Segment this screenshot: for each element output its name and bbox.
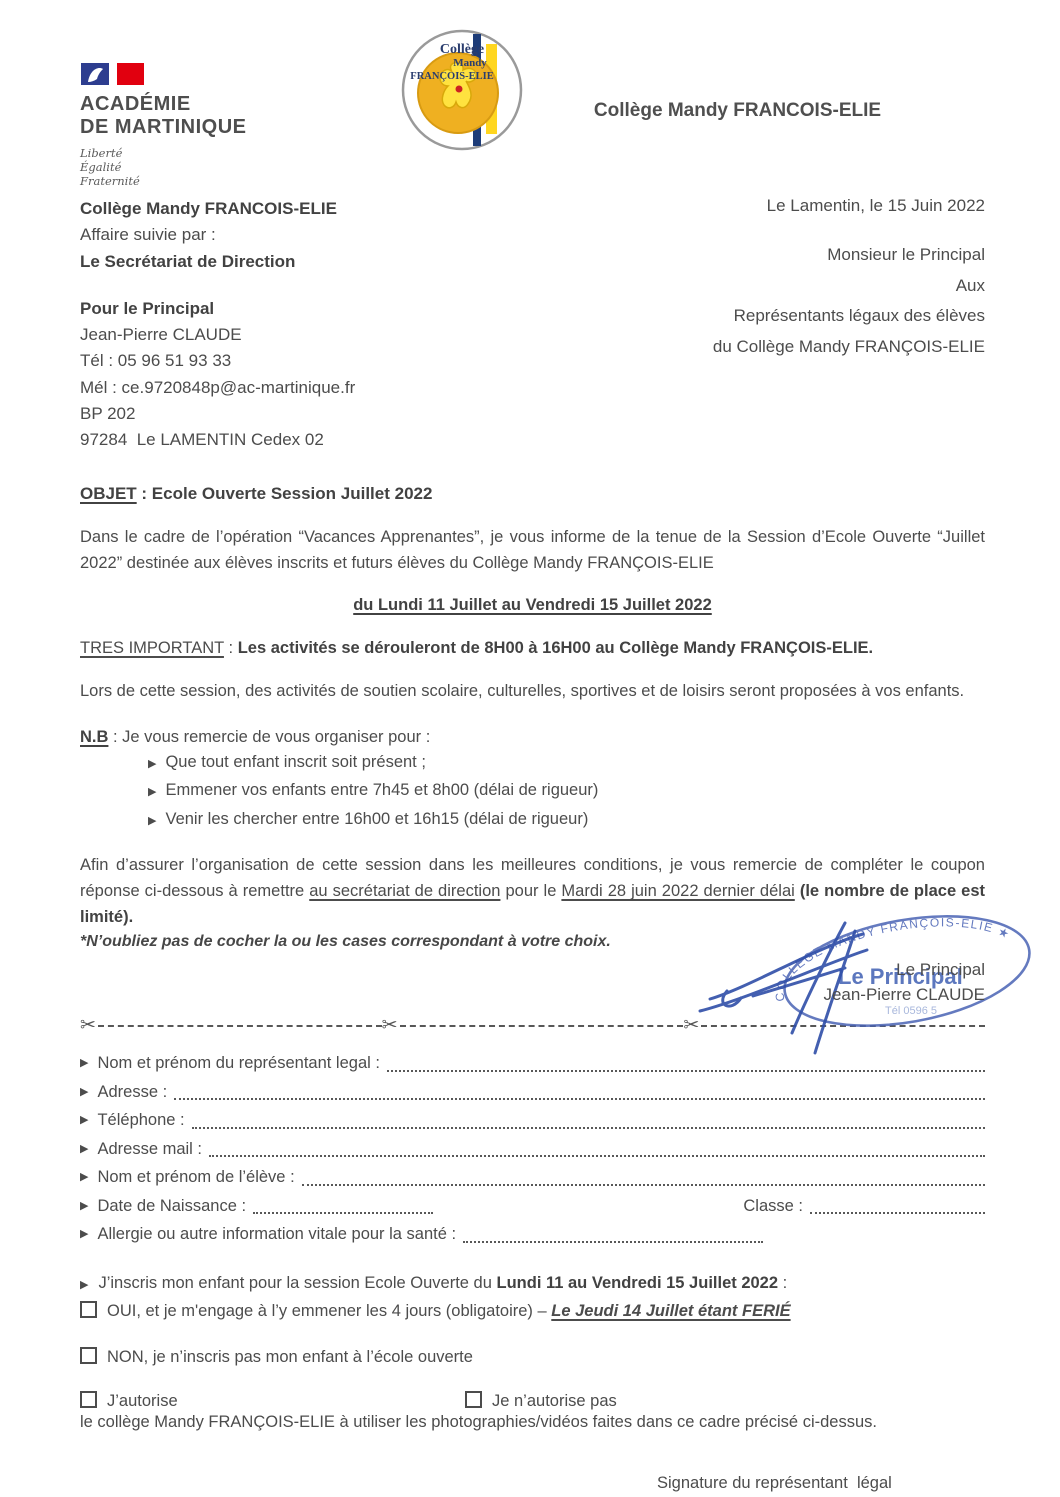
reply-coupon-form: ▶Nom et prénom du représentant legal : ▶… [80,1047,985,1493]
form-row-student-name: ▶Nom et prénom de l’élève : [80,1161,985,1190]
bullet-arrow-icon: ▶ [80,1051,88,1076]
representative-signature-caption: Signature du représentant légal [80,1474,985,1493]
important-label: TRES IMPORTANT [80,639,224,657]
form-field-label: Adresse mail : [97,1137,202,1162]
dashed-cut-line [400,1025,684,1027]
date-place-line: Le Lamentin, le 15 Juin 2022 [550,196,985,216]
not-authorize-option: Je n’autorise pas [465,1392,617,1410]
sender-email: Mél : ce.9720848p@ac-martinique.fr [80,375,550,401]
sender-principal-name: Jean-Pierre CLAUDE [80,322,550,348]
scanned-letter-page: ACADÉMIE DE MARTINIQUE Liberté Égalité F… [0,0,1060,1497]
scissors-icon: ✂ [80,1017,96,1035]
nb-line: N.B : Je vous remercie de vous organiser… [80,728,985,747]
list-item: ▶Que tout enfant inscrit soit présent ; [148,749,985,778]
phone-fill-line[interactable] [192,1127,985,1129]
no-checkbox[interactable] [80,1347,97,1364]
sender-block: Collège Mandy FRANCOIS-ELIE Affaire suiv… [80,196,550,454]
subject-line: OBJET : Ecole Ouverte Session Juillet 20… [80,484,985,504]
recipient-line-3: Représentants légaux des élèves [550,301,985,332]
bullet-arrow-icon: ▶ [148,808,156,835]
form-row-address: ▶Adresse : [80,1076,985,1105]
yes-checkbox[interactable] [80,1301,97,1318]
sender-phone: Tél : 05 96 51 93 33 [80,348,550,374]
form-row-email: ▶Adresse mail : [80,1133,985,1162]
bullet-arrow-icon: ▶ [148,751,156,778]
bullet-text-1: Que tout enfant inscrit soit présent ; [165,749,425,776]
enroll-intro-line: ▶J’inscris mon enfant pour la session Ec… [80,1271,985,1298]
signature-area: COLLEGE MANDY FRANÇOIS-ELIE ★ Le Princip… [80,951,985,1015]
school-logo: Collège Mandy FRANÇOIS-ELIE [400,28,530,157]
subject-value: Ecole Ouverte Session Juillet 2022 [152,484,433,503]
sender-for-principal: Pour le Principal [80,296,550,322]
recipient-line-4: du Collège Mandy FRANÇOIS-ELIE [550,332,985,363]
option-yes-holiday-note: Le Jeudi 14 Juillet étant FERIÉ [551,1302,790,1320]
important-text: Les activités se dérouleront de 8H00 à 1… [238,639,873,657]
p3-seg2-underlined: au secrétariat de direction [309,882,500,900]
nb-text: : Je vous remercie de vous organiser pou… [108,728,430,746]
motto-fraternite: Fraternité [80,174,400,188]
nb-bullet-list: ▶Que tout enfant inscrit soit présent ; … [80,749,985,835]
document-title: Collège Mandy FRANCOIS-ELIE [530,100,985,122]
authorize-label: J’autorise [107,1392,178,1410]
enroll-intro-plain: J’inscris mon enfant pour la session Eco… [98,1274,496,1292]
bullet-arrow-icon: ▶ [80,1137,88,1162]
note-check-boxes: *N’oubliez pas de cocher la ou les cases… [80,933,985,951]
typed-signature-name: Jean-Pierre CLAUDE [823,982,985,1007]
p3-seg4-underlined: Mardi 28 juin 2022 dernier délai [561,882,794,900]
important-separator: : [224,639,238,657]
typed-signature-title: Le Principal [823,957,985,982]
school-logo-icon: Collège Mandy FRANÇOIS-ELIE [400,28,524,152]
p3-seg3: pour le [500,882,561,900]
list-item: ▶Venir les chercher entre 16h00 et 16h15… [148,806,985,835]
class-fill-line[interactable] [810,1212,985,1214]
form-row-representative-name: ▶Nom et prénom du représentant legal : [80,1047,985,1076]
not-authorize-label: Je n’autorise pas [492,1392,617,1410]
bullet-arrow-icon: ▶ [80,1194,88,1219]
address-block: Collège Mandy FRANCOIS-ELIE Affaire suiv… [80,196,985,454]
form-field-label: Classe : [743,1194,803,1219]
option-yes-row: OUI, et je m'engage à l’y emmener les 4 … [80,1299,985,1324]
birthdate-fill-line[interactable] [253,1212,433,1214]
enroll-intro-tail: : [778,1274,787,1292]
bullet-arrow-icon: ▶ [80,1108,88,1133]
academy-name-line1: ACADÉMIE [80,93,400,116]
dashed-cut-line [701,1025,985,1027]
session-dates-line: du Lundi 11 Juillet au Vendredi 15 Juill… [80,596,985,615]
option-no-row: NON, je n’inscris pas mon enfant à l’éco… [80,1345,985,1370]
enroll-intro-bold: Lundi 11 au Vendredi 15 Juillet 2022 [497,1274,779,1292]
typed-signature-block: Le Principal Jean-Pierre CLAUDE [823,957,985,1007]
subject-separator: : [137,484,152,503]
logo-text-francois-elie: FRANÇOIS-ELIE [410,71,493,82]
paragraph-activities: Lors de cette session, des activités de … [80,678,985,704]
form-field-label: Date de Naissance : [97,1194,246,1219]
form-row-phone: ▶Téléphone : [80,1104,985,1133]
authorization-clause: le collège Mandy FRANÇOIS-ELIE à utilise… [80,1413,985,1432]
email-fill-line[interactable] [209,1155,985,1157]
logo-text-mandy: Mandy [453,57,487,69]
sender-school: Collège Mandy FRANCOIS-ELIE [80,196,550,222]
recipient-line-1: Monsieur le Principal [550,240,985,271]
address-fill-line[interactable] [174,1098,985,1100]
bullet-text-2: Emmener vos enfants entre 7h45 et 8h00 (… [165,777,598,804]
form-field-label: Nom et prénom du représentant legal : [97,1051,380,1076]
authorize-checkbox[interactable] [80,1391,97,1408]
recipient-line-2: Aux [550,271,985,302]
sender-city: 97284 Le LAMENTIN Cedex 02 [80,427,550,453]
form-row-allergy: ▶Allergie ou autre information vitale po… [80,1218,985,1247]
dashed-cut-line [98,1025,382,1027]
republic-motto: Liberté Égalité Fraternité [80,146,400,188]
french-republic-flag-icon [80,60,146,88]
student-name-fill-line[interactable] [302,1184,985,1186]
paragraph-coupon: Afin d’assurer l’organisation de cette s… [80,852,985,930]
form-row-birthdate-class: ▶Date de Naissance :Classe : [80,1190,985,1219]
list-item: ▶Emmener vos enfants entre 7h45 et 8h00 … [148,777,985,806]
subject-label: OBJET [80,484,137,503]
sender-followed-by: Affaire suivie par : [80,222,550,248]
paragraph-intro: Dans le cadre de l’opération “Vacances A… [80,524,985,576]
nb-label: N.B [80,728,108,746]
option-no-text: NON, je n’inscris pas mon enfant à l’éco… [107,1348,473,1366]
authorize-option: J’autorise [80,1391,465,1411]
sender-secretariat: Le Secrétariat de Direction [80,249,550,275]
bullet-arrow-icon: ▶ [80,1279,88,1291]
bullet-arrow-icon: ▶ [148,779,156,806]
photo-authorization-row: J’autoriseJe n’autorise pas [80,1391,985,1411]
form-field-label: Téléphone : [97,1108,184,1133]
bullet-arrow-icon: ▶ [80,1222,88,1247]
motto-egalite: Égalité [80,160,400,174]
sender-po-box: BP 202 [80,401,550,427]
bullet-arrow-icon: ▶ [80,1080,88,1105]
not-authorize-checkbox[interactable] [465,1391,482,1408]
bullet-arrow-icon: ▶ [80,1165,88,1190]
important-line: TRES IMPORTANT : Les activités se déroul… [80,639,985,658]
recipient-block: Le Lamentin, le 15 Juin 2022 Monsieur le… [550,196,985,454]
cut-here-line: ✂ ✂ ✂ [80,1017,985,1035]
form-field-label: Allergie ou autre information vitale pou… [97,1222,456,1247]
academy-block: ACADÉMIE DE MARTINIQUE Liberté Égalité F… [80,60,400,188]
form-field-label: Nom et prénom de l’élève : [97,1165,294,1190]
motto-liberte: Liberté [80,146,400,160]
scissors-icon: ✂ [382,1017,398,1035]
representative-name-fill-line[interactable] [387,1070,985,1072]
allergy-fill-line[interactable] [463,1241,763,1243]
form-field-label: Adresse : [97,1080,167,1105]
letter-header: ACADÉMIE DE MARTINIQUE Liberté Égalité F… [80,28,985,188]
bullet-text-3: Venir les chercher entre 16h00 et 16h15 … [165,806,588,833]
logo-text-college: Collège [440,42,484,57]
scissors-icon: ✂ [683,1017,699,1035]
option-yes-text: OUI, et je m'engage à l’y emmener les 4 … [107,1302,551,1320]
academy-name-line2: DE MARTINIQUE [80,116,400,139]
